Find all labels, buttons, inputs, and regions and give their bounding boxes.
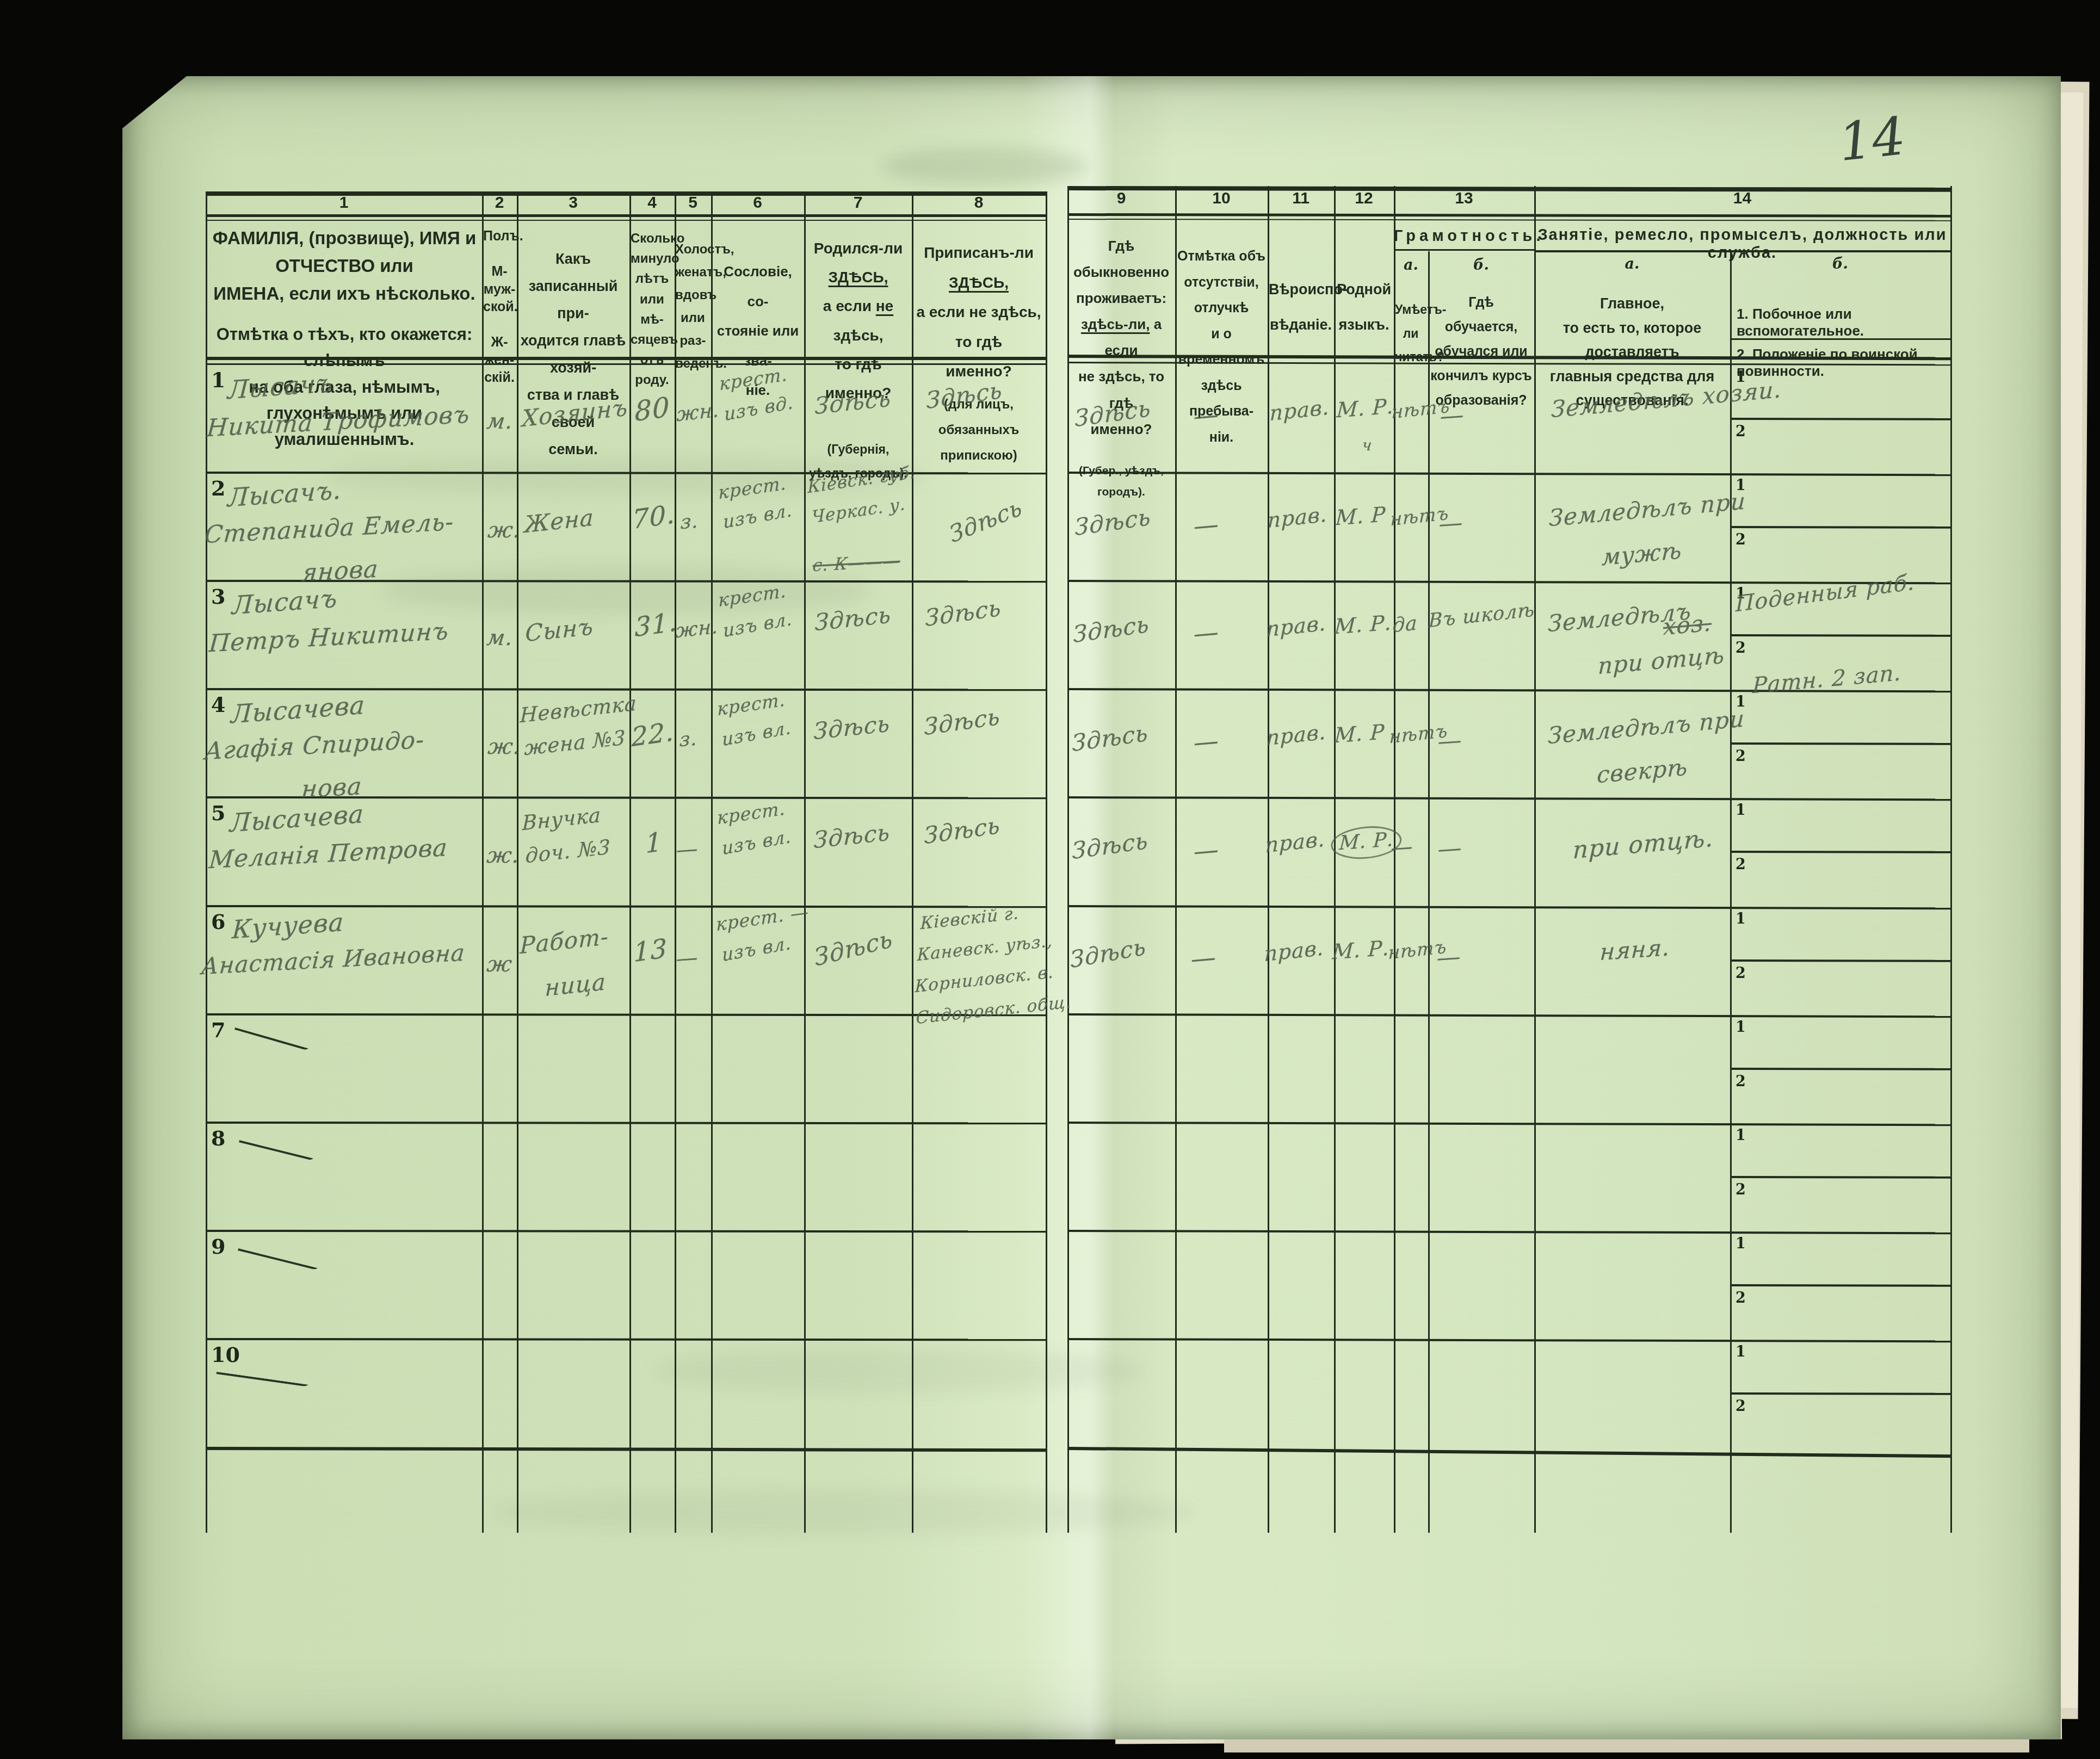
row-number: 9 (211, 1234, 225, 1259)
column-number: 9 (1067, 189, 1175, 208)
col7-line: Родился-ли (814, 240, 903, 257)
page-number-handwritten: 14 (1836, 106, 1908, 173)
row-number: 7 (211, 1018, 225, 1042)
handwriting-entry: — (1437, 834, 1463, 863)
handwriting-entry: жн. (675, 616, 718, 643)
grid-line (1732, 1176, 1950, 1179)
grid-line (1950, 186, 1952, 1533)
handwriting-entry: з. (680, 510, 699, 534)
grid-line (1732, 418, 1950, 420)
col8-line: Приписанъ-ли (924, 244, 1034, 261)
grid-line (1732, 634, 1950, 637)
col9-zdes: здѣсь-ли, (1081, 316, 1150, 332)
handwriting-entry: — (1439, 401, 1465, 430)
row-number: 8 (211, 1126, 225, 1150)
sub-row-number: 2 (1735, 1398, 1746, 1415)
handwriting-entry: — (1193, 509, 1220, 541)
handwriting-entry: — (1436, 943, 1462, 972)
handwriting-entry: — (1391, 834, 1414, 860)
col-header-14b2: 2. Положенiе по воинской повинности. (1737, 346, 1946, 380)
grid-line (206, 214, 1047, 217)
col7-zdes: ЗДѢСЬ, (829, 269, 888, 286)
grid-line (1730, 338, 1950, 340)
column-number: 3 (517, 194, 629, 212)
grid-line (804, 191, 806, 1533)
handwriting-entry: М. Р (1334, 720, 1386, 748)
row-number: 1 (211, 368, 225, 392)
row-number: 3 (211, 584, 225, 609)
sub-row-number: 2 (1735, 748, 1746, 765)
column-number: 5 (675, 194, 711, 212)
col-header-8: Приписанъ-ли ЗДѢСЬ, а если не здѣсь, то … (913, 238, 1044, 468)
col-header-12: Родной языкъ. (1335, 272, 1393, 343)
handwriting-entry: нова (300, 772, 363, 803)
sub-row-number: 2 (1735, 965, 1746, 982)
handwriting-entry: М. Р (1335, 503, 1387, 530)
column-number: 13 (1394, 189, 1534, 208)
grid-line (1394, 249, 1534, 251)
col-header-5: Холостъ, женатъ, вдовъ или раз- веденъ. (675, 238, 711, 375)
grid-line (1732, 1068, 1950, 1070)
col-header-4: Сколько минуло лѣтъ или мѣ- сяцевъ отъ р… (631, 228, 674, 391)
sub-row-number: 2 (1735, 1073, 1746, 1090)
sub-row-number: 2 (1735, 423, 1746, 440)
handwriting-entry: з. (679, 728, 698, 752)
grid-line (1732, 1284, 1950, 1287)
grid-line (912, 191, 913, 1533)
col1-title: ФАМИЛIЯ, (прозвище), ИМЯ и ОТЧЕСТВО или … (210, 224, 479, 307)
column-number: 12 (1334, 189, 1394, 208)
row-number: 2 (211, 476, 225, 500)
handwriting-entry: 22. (631, 716, 675, 753)
handwriting-entry: ж. (486, 518, 522, 543)
grid-line (629, 191, 631, 1533)
column-number: 2 (482, 194, 517, 212)
handwriting-entry: 13 (633, 933, 668, 968)
grid-line (482, 191, 484, 1533)
grid-line (1046, 191, 1047, 1533)
handwriting-entry: 80 (634, 391, 670, 428)
sub-row-number: 1 (1735, 1127, 1746, 1144)
handwriting-entry: — (1193, 726, 1220, 757)
column-number: 4 (629, 194, 675, 212)
col-header-13-title: Грамотность. (1394, 227, 1534, 245)
col-header-2: Полъ. М-муж- ской. Ж-жен- скiй. (483, 227, 516, 387)
sub-row-number: 1 (1735, 802, 1746, 819)
handwriting-entry: — (676, 945, 699, 971)
sub-row-number: 2 (1735, 856, 1746, 873)
handwriting-entry: м. (485, 409, 515, 434)
col-header-13b: Гдѣ обучается, обучался или кончилъ курс… (1430, 290, 1532, 413)
col-header-11: Вѣроиспо- вѣданiе. (1269, 272, 1333, 343)
col-header-14a-letter: а. (1534, 256, 1730, 272)
handwriting-entry: — (676, 836, 699, 863)
handwriting-entry: 70. (632, 499, 676, 535)
column-number: 11 (1268, 189, 1334, 208)
col9-line: Гдѣ обыкновенно (1068, 233, 1174, 285)
column-number: 7 (804, 194, 912, 212)
col7-ne: не (876, 298, 893, 314)
sub-row-number: 1 (1735, 911, 1746, 927)
handwriting-entry: няня. (1599, 934, 1671, 965)
sub-row-number: 2 (1735, 531, 1746, 548)
grid-line (1534, 250, 1950, 252)
handwriting-entry: да (1392, 612, 1418, 637)
col-header-14b-letter: б. (1730, 256, 1950, 272)
handwriting-entry: — (1193, 617, 1220, 648)
grid-line (711, 191, 713, 1533)
sub-row-number: 2 (1735, 640, 1746, 656)
sub-row-number: 1 (1735, 1343, 1746, 1360)
grid-line (1732, 526, 1950, 529)
sub-row-number: 2 (1735, 1181, 1746, 1198)
grid-line (1534, 186, 1536, 1533)
handwriting-entry: жн. (676, 399, 719, 426)
handwriting-entry: М. Р. (1332, 936, 1391, 964)
row-number: 4 (211, 692, 225, 717)
grid-line (1334, 186, 1336, 1533)
scanned-census-sheet: 14 ФАМИЛIЯ, (прозвище), ИМЯ и ОТЧЕСТВО и… (0, 0, 2100, 1759)
column-number: 1 (206, 194, 482, 212)
grid-line (206, 357, 1047, 360)
col7-line: а если (823, 298, 876, 314)
handwriting-entry: 31. (634, 606, 678, 643)
sub-row-number: 1 (1735, 1019, 1746, 1036)
handwriting-entry: хоз. (1663, 609, 1712, 640)
col-header-9: Гдѣ обыкновенно проживаетъ: здѣсь-ли, а … (1068, 233, 1174, 503)
grid-line (1732, 959, 1950, 962)
handwriting-entry: ж (485, 952, 514, 977)
column-number: 10 (1175, 189, 1268, 208)
grid-line (206, 220, 1047, 221)
grid-line (1732, 742, 1950, 745)
column-number: 8 (912, 194, 1046, 212)
handwriting-entry: янова (300, 555, 379, 587)
handwriting-entry: — (1190, 942, 1217, 974)
col-header-10: Отмѣтка объ отсутствiи, отлучкѣ и о врем… (1176, 244, 1267, 450)
handwriting-entry: — (1193, 834, 1220, 866)
handwriting-entry: ж. (486, 734, 522, 759)
row-number: 5 (211, 801, 225, 825)
col9-paren: (Губер., уѣздъ, городъ). (1068, 461, 1174, 503)
col9-line: проживаетъ: (1068, 285, 1174, 311)
column-number: 6 (711, 194, 804, 212)
handwriting-entry: м. (485, 625, 515, 651)
col-header-14b1: 1. Побочное или вспомогательное. (1737, 306, 1946, 339)
handwriting-entry: М. Р. (1336, 394, 1395, 423)
handwriting-entry: — (1193, 399, 1220, 431)
grid-line (206, 191, 207, 1533)
page-stack-edge (1224, 1738, 2029, 1752)
handwriting-entry: М. Р. (1334, 611, 1393, 639)
column-number: 14 (1534, 189, 1950, 208)
handwriting-entry: — (1437, 726, 1463, 755)
sub-row-number: 2 (1735, 1290, 1746, 1306)
sub-row-number: 1 (1735, 1235, 1746, 1252)
grid-line (1175, 186, 1177, 1533)
row-number: 6 (211, 909, 225, 934)
handwriting-entry: 1 (645, 827, 663, 860)
col-header-13b-letter: б. (1428, 257, 1534, 274)
col7-line: здѣсь, (833, 327, 884, 344)
col-header-13a-letter: а. (1394, 257, 1428, 274)
handwriting-entry: ж. (485, 843, 521, 868)
grid-line (1732, 1392, 1950, 1395)
handwriting-entry: — (1438, 509, 1464, 538)
grid-line (206, 363, 1047, 365)
grid-line (1067, 186, 1069, 1533)
row-number: 10 (211, 1342, 240, 1367)
grid-line (1268, 186, 1269, 1533)
grid-line (1732, 851, 1950, 853)
col8-zdes: ЗДѢСЬ, (949, 274, 1009, 291)
col8-line: а если не здѣсь, то гдѣ (913, 298, 1044, 357)
